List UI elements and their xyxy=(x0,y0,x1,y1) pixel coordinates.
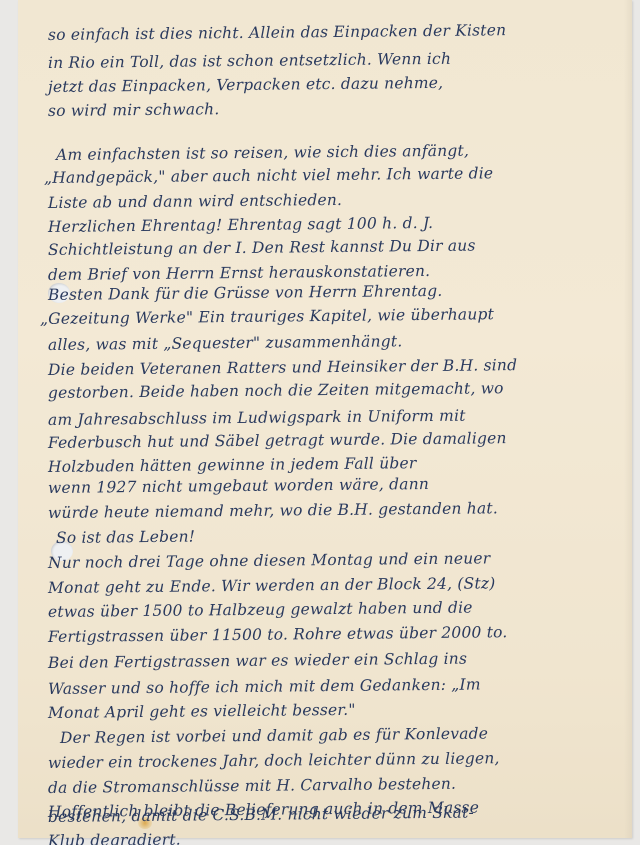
handwritten-line: so wird mir schwach. xyxy=(48,100,220,120)
handwritten-line: Monat April geht es vielleicht besser." xyxy=(48,701,356,722)
handwritten-line: So ist das Leben! xyxy=(56,528,195,547)
handwritten-line: Holzbuden hätten gewinne in jedem Fall ü… xyxy=(48,454,417,476)
handwritten-line: Klub degradiert. xyxy=(48,831,181,845)
handwritten-line: Liste ab und dann wird entschieden. xyxy=(48,191,342,212)
handwritten-line: alles, was mit „Sequester" zusammenhängt… xyxy=(48,332,403,354)
